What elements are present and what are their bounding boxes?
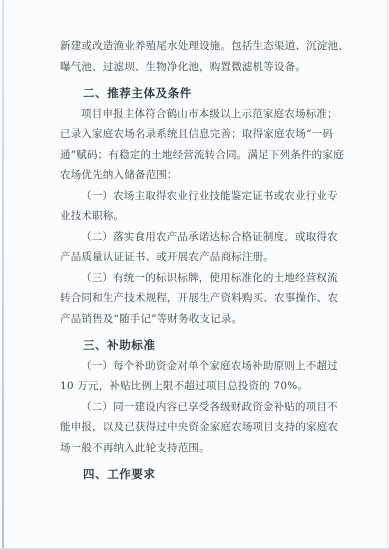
list-item-1-skill-certificate: （一）农场主取得农业行业技能鉴定证书或农业行业专 业技术职称。	[60, 186, 362, 227]
list-item-3-standardized-records: （三）有统一的标识标牌，使用标准化的土地经营权流 转合同和生产技术规程，开展生产…	[60, 268, 362, 330]
document-content: 新建或改造渔业养殖尾水处理设施。包括生态渠道、沉淀池、 曝气池、过滤坝、生物净化…	[60, 36, 362, 485]
scan-edge-right	[387, 0, 388, 550]
heading-section-2-recommended-entities: 二、推荐主体及条件	[60, 83, 362, 104]
list-item-2-quality-certification: （二）落实食用农产品承诺达标合格证制度，或取得农 产品质量认证证书、或开展农产品…	[60, 227, 362, 268]
paragraph-fishery-tailwater-facilities: 新建或改造渔业养殖尾水处理设施。包括生态渠道、沉淀池、 曝气池、过滤坝、生物净化…	[60, 36, 362, 77]
scan-edge-left	[2, 0, 4, 550]
paragraph-applicant-eligibility: 项目申报主体符合鹤山市本级以上示范家庭农场标准； 已录入家庭农场名录系统且信息完…	[60, 104, 362, 186]
heading-section-4-work-requirements: 四、工作要求	[60, 464, 362, 485]
document-page: 新建或改造渔业养殖尾水处理设施。包括生态渠道、沉淀池、 曝气池、过滤坝、生物净化…	[0, 0, 389, 550]
list-item-1-subsidy-limit: （一）每个补助资金对单个家庭农场补助原则上不超过 10 万元，补贴比例上限不超过…	[60, 356, 362, 397]
heading-section-3-subsidy-standard: 三、补助标准	[60, 335, 362, 356]
list-item-2-application-exclusions: （二）同一建设内容已享受各级财政资金补贴的项目不 能申报，以及已获得过中央资金家…	[60, 397, 362, 459]
